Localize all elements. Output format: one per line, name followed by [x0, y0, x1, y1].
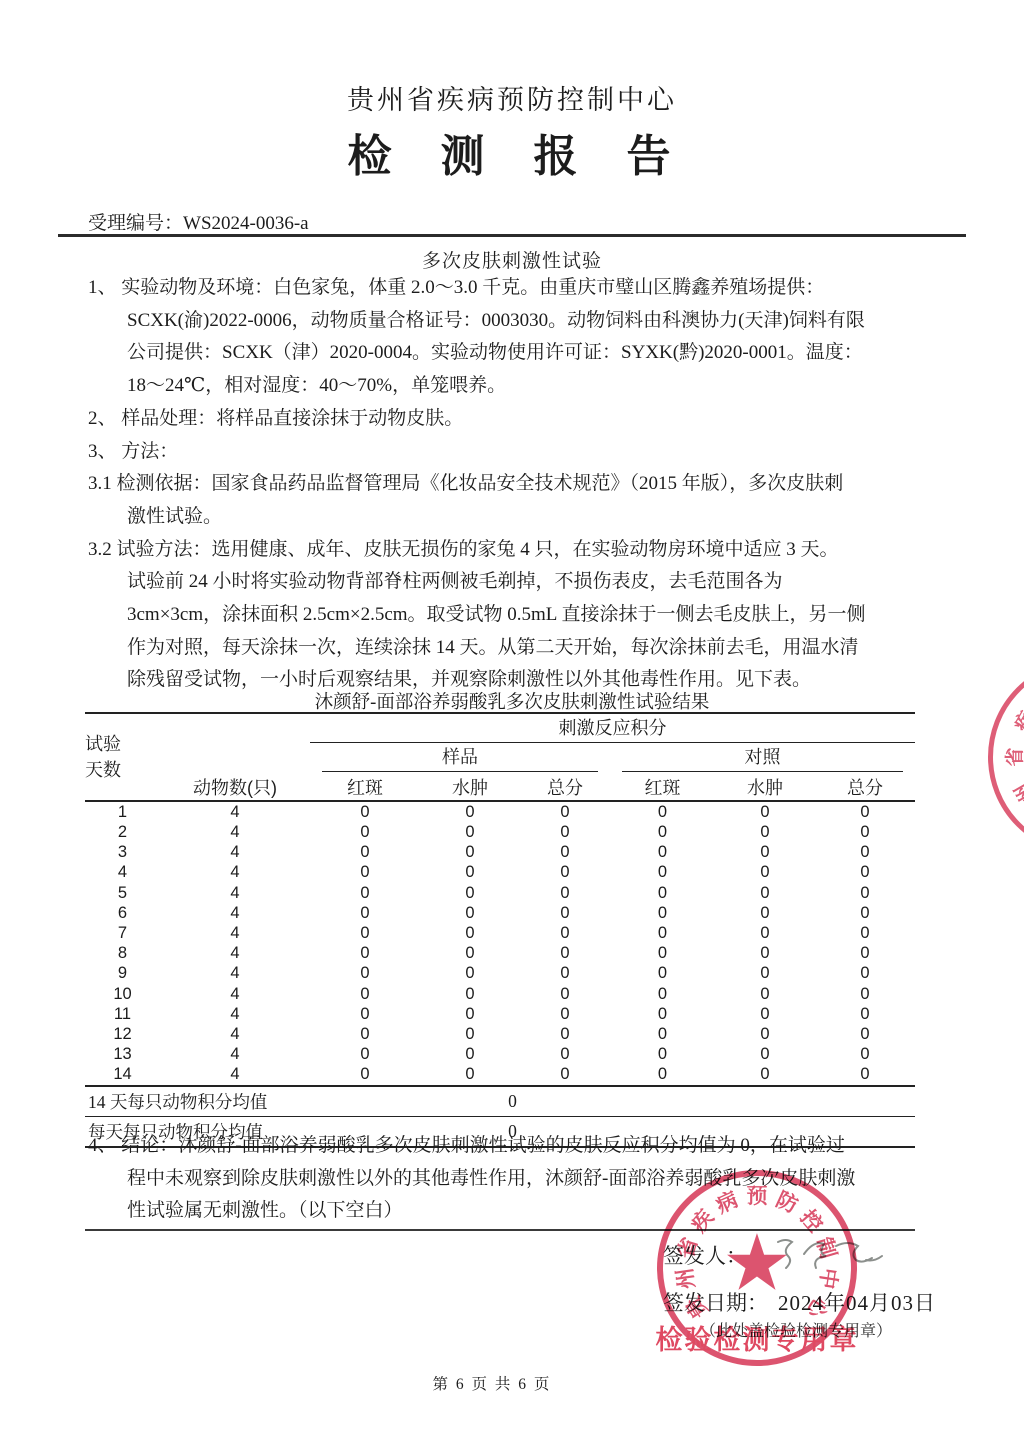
table-row: 7 4 0 0 0 0 0 0: [85, 923, 915, 943]
cell-control-total: 0: [815, 923, 915, 943]
edge-seal-arc-text: 贵州省疾病预防控制中心: [988, 659, 1024, 855]
cell-control-erythema: 0: [610, 883, 715, 903]
cell-sample-erythema: 0: [310, 903, 420, 923]
cell-sample-edema: 0: [420, 801, 520, 822]
body-text-line: 3cm×3cm，涂抹面积 2.5cm×2.5cm。取受试物 0.5mL 直接涂抹…: [127, 599, 1024, 632]
cell-control-edema: 0: [715, 1044, 815, 1064]
cell-control-edema: 0: [715, 964, 815, 984]
table-row: 1 4 0 0 0 0 0 0: [85, 801, 915, 822]
summary-label: 14 天每只动物积分均值: [85, 1086, 310, 1117]
cell-control-erythema: 0: [610, 903, 715, 923]
page-number-footer: 第 6 页 共 6 页: [0, 1372, 984, 1394]
cell-control-total: 0: [815, 863, 915, 883]
stamp-arc-char: 控: [795, 1204, 829, 1238]
cell-sample-total: 0: [520, 1044, 610, 1064]
cell-sample-total: 0: [520, 964, 610, 984]
cell-sample-total: 0: [520, 923, 610, 943]
cell-animal-count: 4: [160, 1044, 310, 1064]
cell-control-edema: 0: [715, 842, 815, 862]
acceptance-number-label: 受理编号：: [88, 213, 183, 234]
body-text-line: 1、 实验动物及环境：白色家兔，体重 2.0～3.0 千克。由重庆市璧山区腾鑫养…: [88, 272, 1024, 305]
cell-sample-erythema: 0: [310, 842, 420, 862]
body-text-line: SCXK(渝)2022-0006，动物质量合格证号：0003030。动物饲料由科…: [127, 305, 1024, 338]
organization-title: 贵州省疾病预防控制中心: [0, 78, 1024, 117]
cell-animal-count: 4: [160, 863, 310, 883]
cell-day: 8: [85, 943, 160, 963]
stamp-arc-char: 省: [1004, 745, 1024, 769]
cell-day: 11: [85, 1004, 160, 1024]
table-caption: 沐颜舒-面部浴养弱酸乳多次皮肤刺激性试验结果: [0, 688, 1024, 714]
cell-sample-erythema: 0: [310, 863, 420, 883]
cell-control-edema: 0: [715, 903, 815, 923]
cell-control-edema: 0: [715, 1064, 815, 1085]
cell-day: 5: [85, 883, 160, 903]
cell-animal-count: 4: [160, 822, 310, 842]
cell-control-total: 0: [815, 943, 915, 963]
cell-control-erythema: 0: [610, 822, 715, 842]
cell-control-erythema: 0: [610, 923, 715, 943]
body-text-line: 3、 方法：: [88, 436, 1024, 469]
cell-control-erythema: 0: [610, 1004, 715, 1024]
cell-control-total: 0: [815, 1024, 915, 1044]
cell-day: 7: [85, 923, 160, 943]
cell-sample-erythema: 0: [310, 822, 420, 842]
report-page: 贵州省疾病预防控制中心 检 测 报 告 受理编号：WS2024-0036-a 多…: [0, 0, 1024, 1448]
body-text-line: 公司提供：SCXK（津）2020-0004。实验动物使用许可证：SYXK(黔)2…: [127, 337, 1024, 370]
cell-control-erythema: 0: [610, 1064, 715, 1085]
cell-day: 10: [85, 984, 160, 1004]
body-text-line: 3.2 试验方法：选用健康、成年、皮肤无损伤的家兔 4 只，在实验动物房环境中适…: [88, 534, 1024, 567]
acceptance-number-value: WS2024-0036-a: [183, 213, 309, 234]
col-header-animal-count: 动物数(只): [160, 713, 310, 801]
body-text-block: 1、 实验动物及环境：白色家兔，体重 2.0～3.0 千克。由重庆市璧山区腾鑫养…: [0, 272, 1024, 697]
stamp-arc-char: 省: [673, 1233, 703, 1263]
table-row: 13 4 0 0 0 0 0 0: [85, 1044, 915, 1064]
edge-seal-stamp: 贵州省疾病预防控制中心: [988, 659, 1024, 855]
table-row: 5 4 0 0 0 0 0 0: [85, 883, 915, 903]
cell-animal-count: 4: [160, 964, 310, 984]
cell-sample-edema: 0: [420, 883, 520, 903]
cell-sample-erythema: 0: [310, 943, 420, 963]
body-text-line: 试验前 24 小时将实验动物背部脊柱两侧被毛剃掉，不损伤表皮，去毛范围各为: [127, 566, 1024, 599]
cell-animal-count: 4: [160, 842, 310, 862]
body-text-line: 激性试验。: [127, 501, 1024, 534]
cell-control-total: 0: [815, 842, 915, 862]
cell-control-edema: 0: [715, 863, 815, 883]
control-group-label: 对照: [622, 743, 903, 772]
cell-control-edema: 0: [715, 1004, 815, 1024]
cell-sample-erythema: 0: [310, 883, 420, 903]
cell-control-erythema: 0: [610, 1044, 715, 1064]
cell-control-erythema: 0: [610, 801, 715, 822]
cell-sample-edema: 0: [420, 842, 520, 862]
report-title: 检 测 报 告: [0, 120, 1024, 184]
cell-sample-erythema: 0: [310, 1024, 420, 1044]
cell-sample-total: 0: [520, 801, 610, 822]
col-header-score-group: 刺激反应积分: [310, 713, 915, 743]
stamp-bottom-text: 检验检测专用章: [656, 1318, 859, 1357]
body-text-line: 3.1 检测依据：国家食品药品监督管理局《化妆品安全技术规范》（2015 年版）…: [88, 468, 1024, 501]
cell-control-erythema: 0: [610, 943, 715, 963]
header-divider-rule: [58, 234, 966, 237]
cell-sample-edema: 0: [420, 1004, 520, 1024]
cell-sample-erythema: 0: [310, 1064, 420, 1085]
col-header-test-days-line1: 试验: [85, 731, 160, 757]
cell-sample-edema: 0: [420, 863, 520, 883]
table-row: 10 4 0 0 0 0 0 0: [85, 984, 915, 1004]
cell-sample-edema: 0: [420, 1024, 520, 1044]
cell-control-total: 0: [815, 883, 915, 903]
conclusion-line: 程中未观察到除皮肤刺激性以外的其他毒性作用，沐颜舒-面部浴养弱酸乳多次皮肤刺激: [127, 1163, 1024, 1196]
cell-animal-count: 4: [160, 801, 310, 822]
col-header-control-erythema: 红斑: [610, 772, 715, 801]
cell-sample-edema: 0: [420, 1044, 520, 1064]
cell-sample-erythema: 0: [310, 964, 420, 984]
cell-sample-total: 0: [520, 903, 610, 923]
cell-sample-total: 0: [520, 883, 610, 903]
col-header-sample-group: 样品: [310, 743, 610, 772]
table-row: 6 4 0 0 0 0 0 0: [85, 903, 915, 923]
cell-control-edema: 0: [715, 984, 815, 1004]
cell-control-edema: 0: [715, 1024, 815, 1044]
cell-day: 3: [85, 842, 160, 862]
stamp-arc-char: 州: [1009, 776, 1024, 809]
cell-day: 14: [85, 1064, 160, 1085]
cell-control-total: 0: [815, 822, 915, 842]
col-header-sample-total: 总分: [520, 772, 610, 801]
cell-control-erythema: 0: [610, 964, 715, 984]
cell-animal-count: 4: [160, 883, 310, 903]
body-text-line: 作为对照，每天涂抹一次，连续涂抹 14 天。从第二天开始，每次涂抹前去毛，用温水…: [127, 632, 1024, 665]
cell-control-edema: 0: [715, 883, 815, 903]
cell-control-erythema: 0: [610, 842, 715, 862]
cell-sample-edema: 0: [420, 964, 520, 984]
cell-control-erythema: 0: [610, 1024, 715, 1044]
cell-sample-edema: 0: [420, 903, 520, 923]
score-group-label: 刺激反应积分: [310, 714, 915, 743]
cell-day: 1: [85, 801, 160, 822]
body-text-line: 18～24℃，相对湿度：40～70%，单笼喂养。: [127, 370, 1024, 403]
stamp-arc-char: 疾: [1009, 706, 1024, 739]
table-row: 2 4 0 0 0 0 0 0: [85, 822, 915, 842]
cell-sample-edema: 0: [420, 822, 520, 842]
col-header-control-total: 总分: [815, 772, 915, 801]
cell-control-edema: 0: [715, 943, 815, 963]
table-row: 11 4 0 0 0 0 0 0: [85, 1004, 915, 1024]
stamp-arc-char: 疾: [686, 1204, 720, 1238]
col-header-control-edema: 水肿: [715, 772, 815, 801]
cell-sample-total: 0: [520, 1064, 610, 1085]
cell-control-edema: 0: [715, 923, 815, 943]
cell-sample-total: 0: [520, 1024, 610, 1044]
cell-control-total: 0: [815, 1064, 915, 1085]
col-header-sample-erythema: 红斑: [310, 772, 420, 801]
summary-empty-cell: [715, 1086, 915, 1117]
cell-sample-total: 0: [520, 943, 610, 963]
cell-sample-total: 0: [520, 1004, 610, 1024]
cell-animal-count: 4: [160, 943, 310, 963]
table-row: 4 4 0 0 0 0 0 0: [85, 863, 915, 883]
cell-control-total: 0: [815, 903, 915, 923]
cell-control-edema: 0: [715, 822, 815, 842]
conclusion-line: 4、 结论：沐颜舒-面部浴养弱酸乳多次皮肤刺激性试验的皮肤反应积分均值为 0，在…: [88, 1130, 1024, 1163]
cell-animal-count: 4: [160, 1064, 310, 1085]
results-table: 试验 天数 动物数(只) 刺激反应积分 样品 对照 红斑 水肿 总分: [85, 712, 915, 1148]
cell-day: 6: [85, 903, 160, 923]
official-stamp: 贵州省疾病预防控制中心 ★ 检验检测专用章: [657, 1168, 857, 1368]
stamp-arc-char: 制: [811, 1233, 841, 1263]
col-header-control-group: 对照: [610, 743, 915, 772]
cell-control-total: 0: [815, 1044, 915, 1064]
cell-animal-count: 4: [160, 1004, 310, 1024]
cell-sample-erythema: 0: [310, 984, 420, 1004]
cell-sample-edema: 0: [420, 923, 520, 943]
cell-control-edema: 0: [715, 801, 815, 822]
cell-animal-count: 4: [160, 923, 310, 943]
cell-sample-total: 0: [520, 984, 610, 1004]
table-row: 3 4 0 0 0 0 0 0: [85, 842, 915, 862]
cell-day: 2: [85, 822, 160, 842]
cell-sample-edema: 0: [420, 943, 520, 963]
conclusion-block: 4、 结论：沐颜舒-面部浴养弱酸乳多次皮肤刺激性试验的皮肤反应积分均值为 0，在…: [0, 1130, 1024, 1228]
table-row: 9 4 0 0 0 0 0 0: [85, 964, 915, 984]
cell-control-erythema: 0: [610, 863, 715, 883]
stamp-arc-char: 州: [672, 1265, 699, 1292]
stamp-arc-char: 病: [711, 1187, 743, 1219]
col-header-test-days-line2: 天数: [85, 757, 160, 783]
cell-sample-erythema: 0: [310, 1044, 420, 1064]
stamp-arc-char: 中: [815, 1265, 842, 1292]
stamp-arc-char: 预: [745, 1184, 769, 1208]
cell-sample-total: 0: [520, 822, 610, 842]
col-header-test-days: 试验 天数: [85, 713, 160, 801]
cell-control-total: 0: [815, 801, 915, 822]
cell-day: 12: [85, 1024, 160, 1044]
table-row: 12 4 0 0 0 0 0 0: [85, 1024, 915, 1044]
cell-sample-erythema: 0: [310, 801, 420, 822]
cell-animal-count: 4: [160, 903, 310, 923]
stamp-star-icon: ★: [722, 1224, 792, 1302]
stamp-arc-char: 防: [771, 1187, 803, 1219]
conclusion-line: 性试验属无刺激性。（以下空白）: [127, 1195, 1024, 1228]
sample-group-label: 样品: [322, 743, 598, 772]
body-text-line: 2、 样品处理：将样品直接涂抹于动物皮肤。: [88, 403, 1024, 436]
cell-control-total: 0: [815, 1004, 915, 1024]
section-title: 多次皮肤刺激性试验: [0, 246, 1024, 273]
cell-sample-erythema: 0: [310, 923, 420, 943]
cell-sample-total: 0: [520, 863, 610, 883]
results-table-body: 1 4 0 0 0 0 0 0 2 4 0 0 0 0 0: [85, 801, 915, 1086]
cell-animal-count: 4: [160, 1024, 310, 1044]
cell-sample-edema: 0: [420, 1064, 520, 1085]
cell-day: 13: [85, 1044, 160, 1064]
cell-animal-count: 4: [160, 984, 310, 1004]
cell-sample-edema: 0: [420, 984, 520, 1004]
cell-day: 4: [85, 863, 160, 883]
table-row: 14 4 0 0 0 0 0 0: [85, 1064, 915, 1085]
summary-value: 0: [310, 1086, 715, 1117]
col-header-sample-edema: 水肿: [420, 772, 520, 801]
cell-sample-erythema: 0: [310, 1004, 420, 1024]
cell-sample-total: 0: [520, 842, 610, 862]
cell-control-total: 0: [815, 964, 915, 984]
cell-control-total: 0: [815, 984, 915, 1004]
table-row: 8 4 0 0 0 0 0 0: [85, 943, 915, 963]
cell-day: 9: [85, 964, 160, 984]
summary-row: 14 天每只动物积分均值 0: [85, 1086, 915, 1117]
cell-control-erythema: 0: [610, 984, 715, 1004]
acceptance-number-row: 受理编号：WS2024-0036-a: [88, 208, 309, 235]
